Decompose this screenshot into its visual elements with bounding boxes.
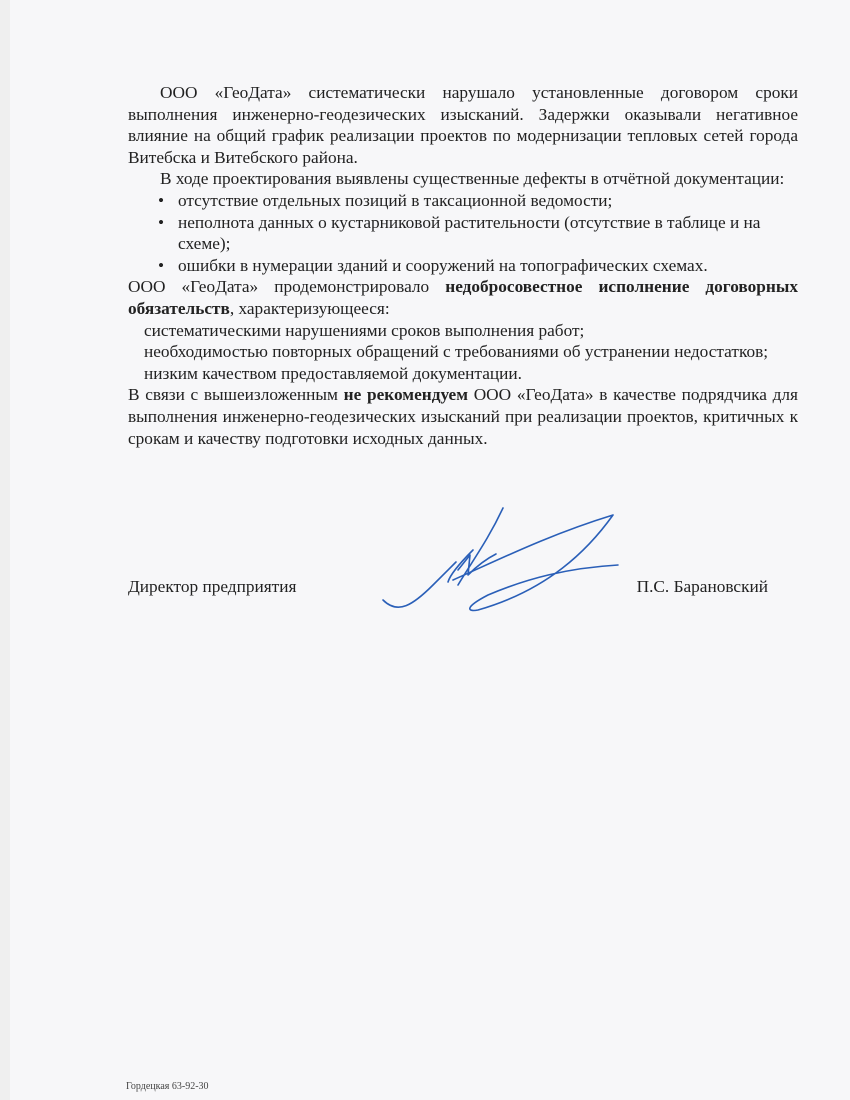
characteristic-item: необходимостью повторных обращений с тре… <box>128 341 798 363</box>
handwritten-signature-icon <box>378 490 628 620</box>
list-item: •неполнота данных о кустарниковой растит… <box>178 212 798 255</box>
paragraph-bad-faith: ООО «ГеоДата» продемонстрировало недобро… <box>128 276 798 319</box>
emphasis-not-recommend: не рекомендуем <box>344 385 468 404</box>
paragraph-conclusion: В связи с вышеизложенным не рекомендуем … <box>128 384 798 449</box>
executor-footer: Гордецкая 63-92-30 <box>126 1081 209 1092</box>
bullet-icon: • <box>158 190 164 212</box>
defects-list: •отсутствие отдельных позиций в таксацио… <box>128 190 798 276</box>
letter-body: ООО «ГеоДата» систематически нарушало ус… <box>128 82 798 449</box>
signatory-name: П.С. Барановский <box>637 577 768 597</box>
list-item: •отсутствие отдельных позиций в таксацио… <box>178 190 798 212</box>
signatory-position: Директор предприятия <box>128 577 296 597</box>
paragraph-defects-intro: В ходе проектирования выявлены существен… <box>128 168 798 190</box>
paragraph-delays: ООО «ГеоДата» систематически нарушало ус… <box>128 82 798 168</box>
characteristic-item: низким качеством предоставляемой докумен… <box>128 363 798 385</box>
bullet-icon: • <box>158 255 164 277</box>
characteristic-item: систематическими нарушениями сроков выпо… <box>128 320 798 342</box>
bullet-icon: • <box>158 212 164 234</box>
list-item: •ошибки в нумерации зданий и сооружений … <box>178 255 798 277</box>
page-edge <box>0 0 10 1100</box>
